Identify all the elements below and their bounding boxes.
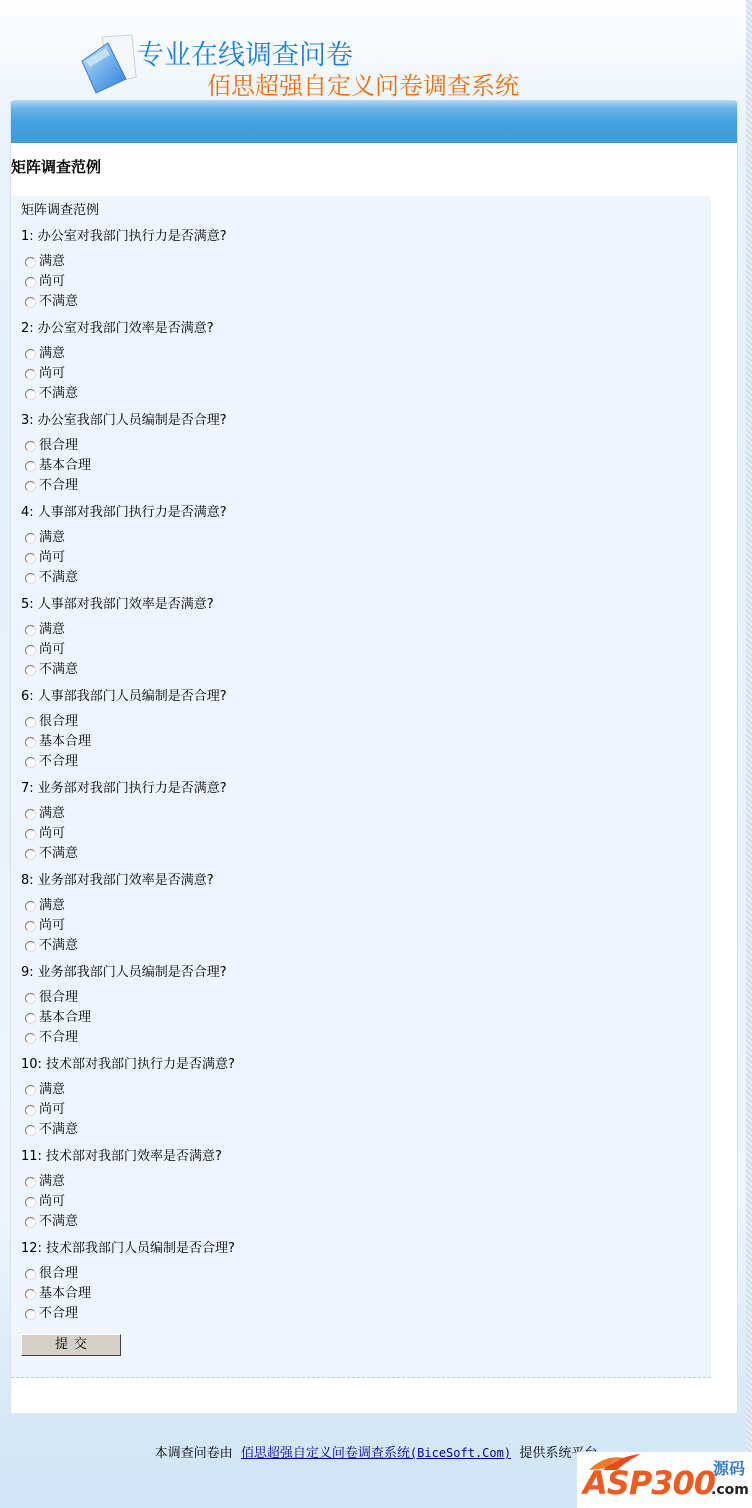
radio-label: 很合理	[39, 436, 78, 456]
radio-label: 满意	[39, 528, 65, 548]
radio-button[interactable]	[25, 665, 36, 676]
radio-option[interactable]: 不满意	[25, 384, 711, 404]
radio-option[interactable]: 尚可	[25, 1100, 711, 1120]
radio-label: 尚可	[39, 640, 65, 660]
nav-banner	[11, 100, 737, 143]
radio-option[interactable]: 不满意	[25, 660, 711, 680]
footer-link[interactable]: 佰思超强自定义问卷调查系统(BiceSoft.Com)	[241, 1446, 511, 1461]
question-list: 1: 办公室对我部门执行力是否满意?满意尚可不满意2: 办公室对我部门效率是否满…	[21, 226, 711, 1324]
radio-button[interactable]	[25, 297, 36, 308]
radio-option[interactable]: 尚可	[25, 548, 711, 568]
survey-name: 矩阵调查范例	[21, 202, 711, 220]
watermark-logo: ASP300 源码 .com	[577, 1452, 752, 1508]
radio-label: 基本合理	[39, 1008, 91, 1028]
radio-label: 不满意	[39, 660, 78, 680]
radio-button[interactable]	[25, 625, 36, 636]
radio-button[interactable]	[25, 829, 36, 840]
question-title: 12: 技术部我部门人员编制是否合理?	[21, 1238, 711, 1260]
radio-button[interactable]	[25, 1125, 36, 1136]
watermark-cn: 源码	[713, 1456, 745, 1479]
radio-label: 不合理	[39, 1028, 78, 1048]
question-options: 很合理基本合理不合理	[21, 988, 711, 1048]
radio-button[interactable]	[25, 717, 36, 728]
radio-option[interactable]: 尚可	[25, 640, 711, 660]
radio-label: 很合理	[39, 988, 78, 1008]
watermark-brand: ASP300	[583, 1464, 715, 1502]
radio-button[interactable]	[25, 481, 36, 492]
radio-option[interactable]: 不合理	[25, 752, 711, 772]
radio-button[interactable]	[25, 941, 36, 952]
radio-option[interactable]: 不满意	[25, 844, 711, 864]
question-options: 很合理基本合理不合理	[21, 712, 711, 772]
radio-label: 尚可	[39, 824, 65, 844]
radio-button[interactable]	[25, 809, 36, 820]
radio-option[interactable]: 满意	[25, 344, 711, 364]
radio-button[interactable]	[25, 921, 36, 932]
question-title: 11: 技术部对我部门效率是否满意?	[21, 1146, 711, 1168]
radio-option[interactable]: 不合理	[25, 1028, 711, 1048]
radio-option[interactable]: 不满意	[25, 1212, 711, 1232]
radio-button[interactable]	[25, 1177, 36, 1188]
site-subtitle: 佰思超强自定义问卷调查系统	[207, 66, 519, 101]
radio-label: 不满意	[39, 844, 78, 864]
question-title: 3: 办公室我部门人员编制是否合理?	[21, 410, 711, 432]
radio-option[interactable]: 基本合理	[25, 1008, 711, 1028]
radio-button[interactable]	[25, 553, 36, 564]
radio-option[interactable]: 尚可	[25, 824, 711, 844]
question-title: 1: 办公室对我部门执行力是否满意?	[21, 226, 711, 248]
radio-option[interactable]: 满意	[25, 1172, 711, 1192]
question-options: 满意尚可不满意	[21, 528, 711, 588]
question-options: 满意尚可不满意	[21, 1172, 711, 1232]
site-header: 专业在线调查问卷 佰思超强自定义问卷调查系统	[0, 0, 746, 100]
question-options: 很合理基本合理不合理	[21, 436, 711, 496]
radio-label: 基本合理	[39, 456, 91, 476]
radio-option[interactable]: 满意	[25, 1080, 711, 1100]
radio-label: 不合理	[39, 476, 78, 496]
radio-option[interactable]: 很合理	[25, 712, 711, 732]
radio-label: 很合理	[39, 712, 78, 732]
watermark-domain: .com	[711, 1482, 749, 1498]
radio-label: 不满意	[39, 568, 78, 588]
radio-button[interactable]	[25, 369, 36, 380]
radio-label: 不合理	[39, 1304, 78, 1324]
radio-label: 满意	[39, 896, 65, 916]
window-edge	[746, 0, 752, 1508]
radio-option[interactable]: 尚可	[25, 916, 711, 936]
radio-label: 不满意	[39, 292, 78, 312]
question-title: 4: 人事部对我部门执行力是否满意?	[21, 502, 711, 524]
question-title: 6: 人事部我部门人员编制是否合理?	[21, 686, 711, 708]
radio-label: 不合理	[39, 752, 78, 772]
radio-label: 不满意	[39, 936, 78, 956]
radio-option[interactable]: 满意	[25, 252, 711, 272]
radio-option[interactable]: 很合理	[25, 436, 711, 456]
radio-button[interactable]	[25, 1013, 36, 1024]
radio-label: 满意	[39, 252, 65, 272]
radio-label: 尚可	[39, 1100, 65, 1120]
radio-option[interactable]: 基本合理	[25, 732, 711, 752]
radio-button[interactable]	[25, 737, 36, 748]
radio-label: 基本合理	[39, 732, 91, 752]
radio-button[interactable]	[25, 441, 36, 452]
question-options: 很合理基本合理不合理	[21, 1264, 711, 1324]
radio-button[interactable]	[25, 1105, 36, 1116]
question-title: 8: 业务部对我部门效率是否满意?	[21, 870, 711, 892]
radio-button[interactable]	[25, 645, 36, 656]
radio-option[interactable]: 很合理	[25, 1264, 711, 1284]
radio-button[interactable]	[25, 257, 36, 268]
radio-option[interactable]: 不满意	[25, 292, 711, 312]
radio-button[interactable]	[25, 573, 36, 584]
question-options: 满意尚可不满意	[21, 1080, 711, 1140]
radio-label: 很合理	[39, 1264, 78, 1284]
radio-option[interactable]: 不满意	[25, 568, 711, 588]
survey-form: 矩阵调查范例 1: 办公室对我部门执行力是否满意?满意尚可不满意2: 办公室对我…	[11, 196, 711, 1378]
radio-label: 满意	[39, 1172, 65, 1192]
question-options: 满意尚可不满意	[21, 252, 711, 312]
radio-button[interactable]	[25, 1269, 36, 1280]
radio-button[interactable]	[25, 993, 36, 1004]
radio-option[interactable]: 很合理	[25, 988, 711, 1008]
radio-button[interactable]	[25, 1217, 36, 1228]
radio-option[interactable]: 不合理	[25, 1304, 711, 1324]
folder-document-icon	[80, 33, 140, 95]
radio-button[interactable]	[25, 757, 36, 768]
radio-button[interactable]	[25, 1085, 36, 1096]
radio-label: 不满意	[39, 384, 78, 404]
question-options: 满意尚可不满意	[21, 896, 711, 956]
submit-button[interactable]: 提交	[21, 1334, 121, 1356]
radio-button[interactable]	[25, 533, 36, 544]
radio-button[interactable]	[25, 349, 36, 360]
radio-option[interactable]: 满意	[25, 896, 711, 916]
radio-button[interactable]	[25, 849, 36, 860]
question-options: 满意尚可不满意	[21, 804, 711, 864]
radio-option[interactable]: 基本合理	[25, 1284, 711, 1304]
radio-button[interactable]	[25, 1197, 36, 1208]
radio-option[interactable]: 不合理	[25, 476, 711, 496]
page-title: 矩阵调查范例	[11, 157, 737, 177]
radio-label: 尚可	[39, 916, 65, 936]
radio-option[interactable]: 尚可	[25, 272, 711, 292]
question-options: 满意尚可不满意	[21, 344, 711, 404]
radio-label: 满意	[39, 620, 65, 640]
radio-option[interactable]: 不满意	[25, 1120, 711, 1140]
question-title: 7: 业务部对我部门执行力是否满意?	[21, 778, 711, 800]
question-title: 2: 办公室对我部门效率是否满意?	[21, 318, 711, 340]
radio-button[interactable]	[25, 461, 36, 472]
radio-label: 尚可	[39, 272, 65, 292]
radio-button[interactable]	[25, 901, 36, 912]
radio-label: 满意	[39, 1080, 65, 1100]
question-title: 10: 技术部对我部门执行力是否满意?	[21, 1054, 711, 1076]
radio-option[interactable]: 满意	[25, 528, 711, 548]
radio-label: 不满意	[39, 1212, 78, 1232]
radio-label: 尚可	[39, 364, 65, 384]
question-title: 9: 业务部我部门人员编制是否合理?	[21, 962, 711, 984]
radio-button[interactable]	[25, 1033, 36, 1044]
radio-button[interactable]	[25, 1309, 36, 1320]
radio-label: 满意	[39, 344, 65, 364]
main-container: 矩阵调查范例 矩阵调查范例 1: 办公室对我部门执行力是否满意?满意尚可不满意2…	[10, 100, 738, 1413]
radio-option[interactable]: 不满意	[25, 936, 711, 956]
radio-button[interactable]	[25, 1289, 36, 1300]
radio-label: 尚可	[39, 1192, 65, 1212]
question-title: 5: 人事部对我部门效率是否满意?	[21, 594, 711, 616]
radio-button[interactable]	[25, 277, 36, 288]
radio-label: 不满意	[39, 1120, 78, 1140]
radio-option[interactable]: 基本合理	[25, 456, 711, 476]
footer-prefix: 本调查问卷由	[155, 1446, 233, 1461]
radio-option[interactable]: 尚可	[25, 1192, 711, 1212]
radio-label: 尚可	[39, 548, 65, 568]
radio-label: 基本合理	[39, 1284, 91, 1304]
radio-option[interactable]: 满意	[25, 804, 711, 824]
radio-button[interactable]	[25, 389, 36, 400]
question-options: 满意尚可不满意	[21, 620, 711, 680]
radio-option[interactable]: 尚可	[25, 364, 711, 384]
radio-label: 满意	[39, 804, 65, 824]
radio-option[interactable]: 满意	[25, 620, 711, 640]
